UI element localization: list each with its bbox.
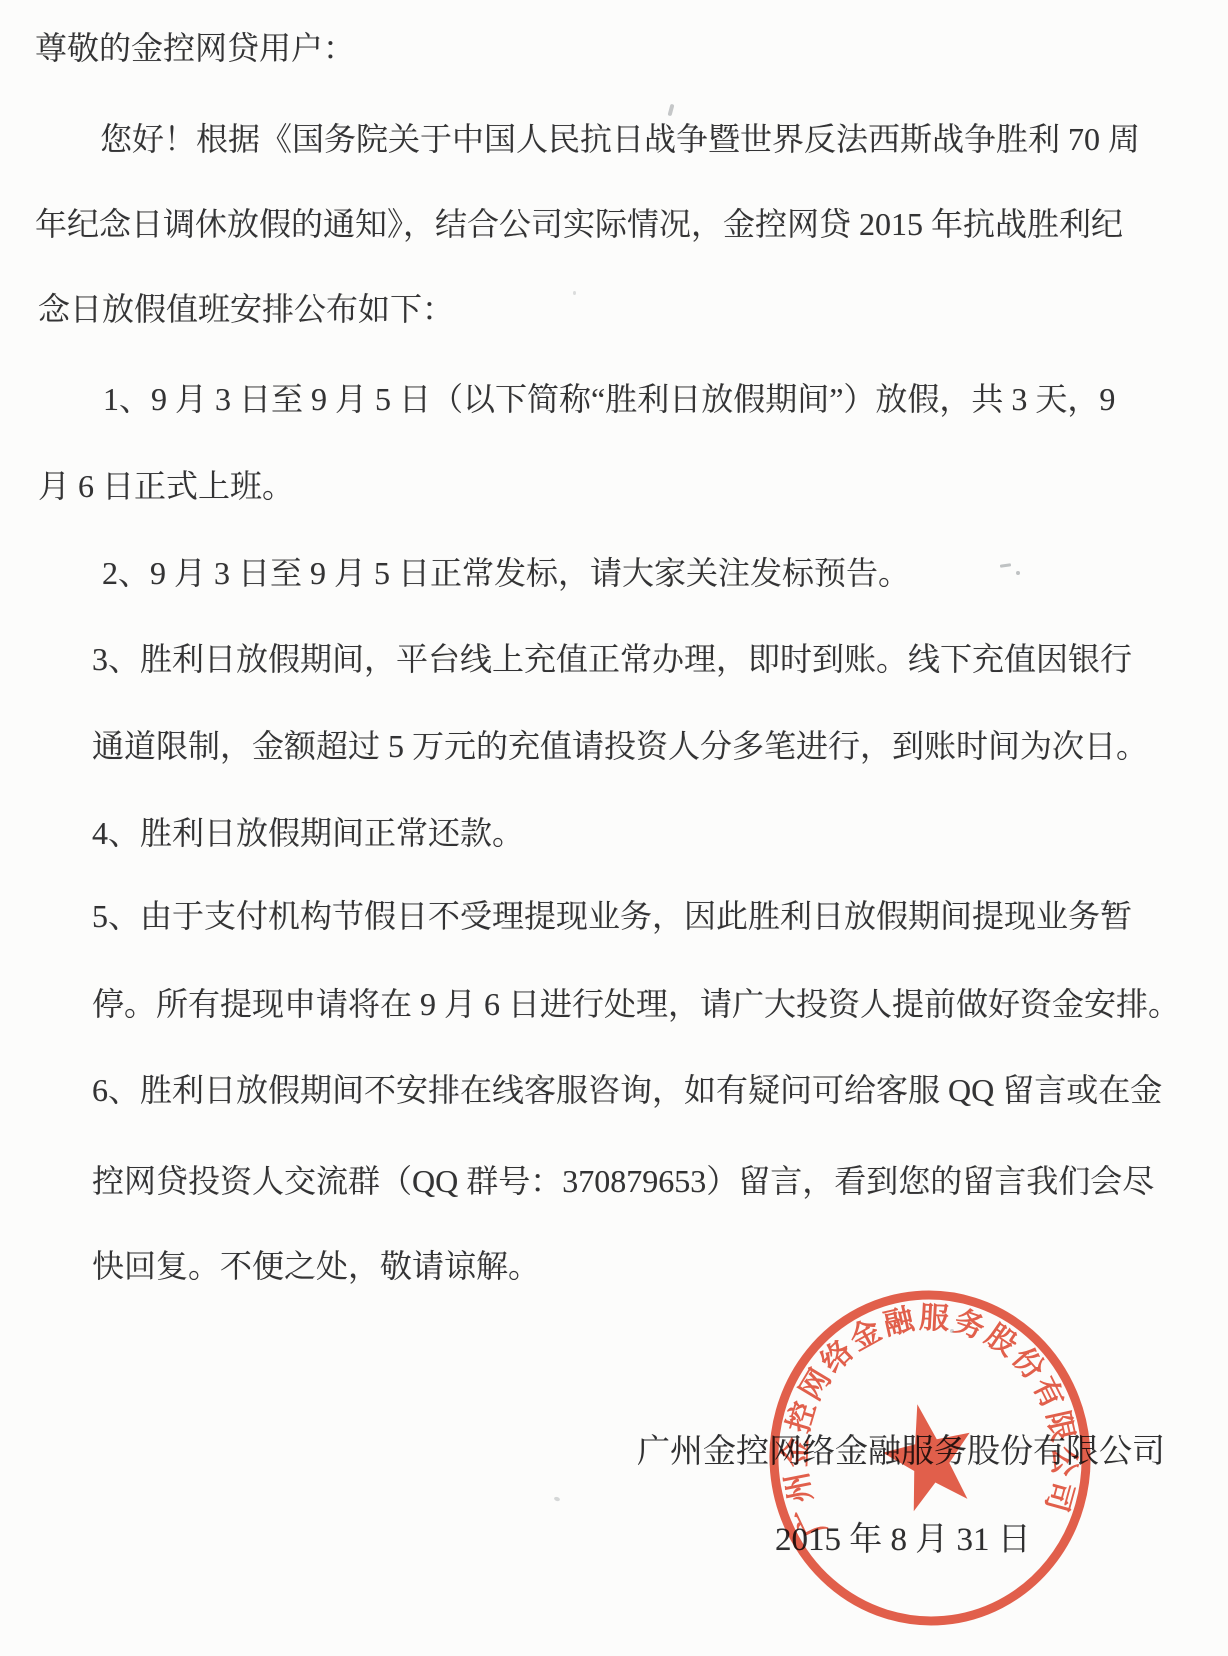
document-line: 停。所有提现申请将在 9 月 6 日进行处理，请广大投资人提前做好资金安排。 <box>92 986 1180 1022</box>
seal-ring-text-container: 广州金控网络金融服务股份有限公司 <box>766 1289 1086 1543</box>
document-line: 念日放假值班安排公布如下： <box>38 291 454 327</box>
document-line: 您好！根据《国务院关于中国人民抗日战争暨世界反法西斯战争胜利 70 周 <box>100 121 1140 157</box>
scan-speck <box>950 1329 954 1333</box>
document-line: 5、由于支付机构节假日不受理提现业务，因此胜利日放假期间提现业务暂 <box>92 898 1132 934</box>
document-line: 3、胜利日放假期间，平台线上充值正常办理，即时到账。线下充值因银行 <box>92 641 1132 677</box>
document-line: 月 6 日正式上班。 <box>38 468 294 504</box>
scan-speck <box>668 104 675 117</box>
scan-speck <box>573 291 576 295</box>
document-line: 6、胜利日放假期间不安排在线客服咨询，如有疑问可给客服 QQ 留言或在金 <box>92 1072 1162 1108</box>
document-line: 4、胜利日放假期间正常还款。 <box>92 815 524 851</box>
salutation-line: 尊敬的金控网贷用户： <box>35 30 355 66</box>
scan-speck <box>1000 563 1011 568</box>
company-seal: 广州金控网络金融服务股份有限公司 <box>765 1286 1095 1630</box>
scan-speck <box>257 817 261 822</box>
document-line: 1、9 月 3 日至 9 月 5 日（以下简称“胜利日放假期间”）放假，共 3 … <box>103 381 1115 417</box>
scanned-notice-page: 尊敬的金控网贷用户： 您好！根据《国务院关于中国人民抗日战争暨世界反法西斯战争胜… <box>0 0 1228 1656</box>
document-line: 通道限制，金额超过 5 万元的充值请投资人分多笔进行，到账时间为次日。 <box>92 728 1148 764</box>
document-line: 控网贷投资人交流群（QQ 群号：370879653）留言，看到您的留言我们会尽 <box>92 1163 1154 1199</box>
document-line: 2、9 月 3 日至 9 月 5 日正常发标，请大家关注发标预告。 <box>102 555 910 591</box>
document-line: 快回复。不便之处，敬请谅解。 <box>92 1248 540 1284</box>
document-line: 年纪念日调休放假的通知》，结合公司实际情况，金控网贷 2015 年抗战胜利纪 <box>35 206 1123 242</box>
scan-speck <box>553 1496 560 1502</box>
seal-ring-text: 广州金控网络金融服务股份有限公司 <box>766 1289 1086 1543</box>
seal-star-icon <box>874 1394 984 1515</box>
scan-speck <box>1016 571 1020 575</box>
